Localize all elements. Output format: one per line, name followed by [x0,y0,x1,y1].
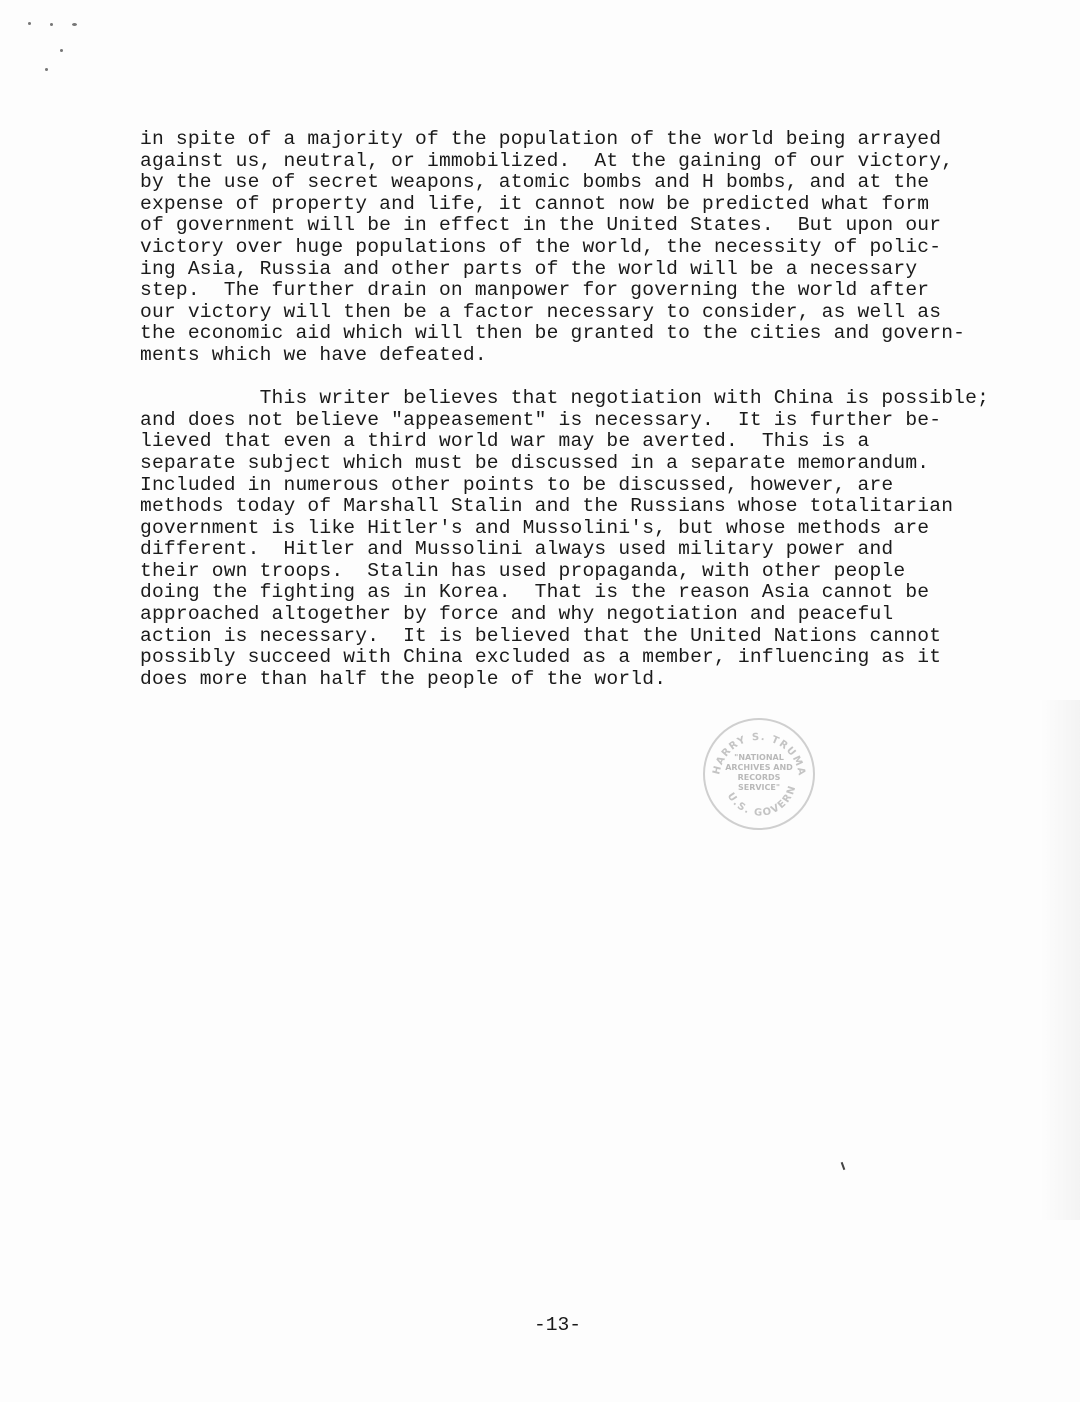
memo-body-text: in spite of a majority of the population… [140,129,1040,690]
text-line: and does not believe "appeasement" is ne… [140,410,1040,432]
text-line: ments which we have defeated. [140,345,1040,367]
text-line: the economic aid which will then be gran… [140,323,1040,345]
text-line: does more than half the people of the wo… [140,669,1040,691]
text-line: ing Asia, Russia and other parts of the … [140,259,1040,281]
paragraph-gap [140,367,1040,389]
text-line: lieved that even a third world war may b… [140,431,1040,453]
stamp-center-line: ARCHIVES AND [705,763,813,773]
ink-mark [841,1162,846,1170]
archive-stamp: HARRY S. TRUMAN LIBRARY U.S. GOVERNMENT … [703,718,815,830]
text-line: action is necessary. It is believed that… [140,626,1040,648]
text-line: in spite of a majority of the population… [140,129,1040,151]
text-line: This writer believes that negotiation wi… [140,388,1040,410]
text-line: government is like Hitler's and Mussolin… [140,518,1040,540]
text-line: victory over huge populations of the wor… [140,237,1040,259]
stamp-center-line: RECORDS [705,773,813,783]
text-line: doing the fighting as in Korea. That is … [140,582,1040,604]
text-line: their own troops. Stalin has used propag… [140,561,1040,583]
text-line: expense of property and life, it cannot … [140,194,1040,216]
text-line: step. The further drain on manpower for … [140,280,1040,302]
paragraph: This writer believes that negotiation wi… [140,388,1040,690]
page-number: -13- [534,1314,581,1336]
stamp-center-line: SERVICE" [705,783,813,793]
text-line: possibly succeed with China excluded as … [140,647,1040,669]
paragraph: in spite of a majority of the population… [140,129,1040,367]
stamp-center-line: "NATIONAL [705,753,813,763]
paper-edge-shading [1040,700,1080,1220]
document-page: in spite of a majority of the population… [0,0,1080,1402]
text-line: separate subject which must be discussed… [140,453,1040,475]
text-line: different. Hitler and Mussolini always u… [140,539,1040,561]
text-line: against us, neutral, or immobilized. At … [140,151,1040,173]
text-line: approached altogether by force and why n… [140,604,1040,626]
corner-specks [20,14,110,74]
text-line: of government will be in effect in the U… [140,215,1040,237]
text-line: Included in numerous other points to be … [140,475,1040,497]
text-line: methods today of Marshall Stalin and the… [140,496,1040,518]
stamp-center-text: "NATIONALARCHIVES ANDRECORDSSERVICE" [705,753,813,793]
text-line: by the use of secret weapons, atomic bom… [140,172,1040,194]
text-line: our victory will then be a factor necess… [140,302,1040,324]
